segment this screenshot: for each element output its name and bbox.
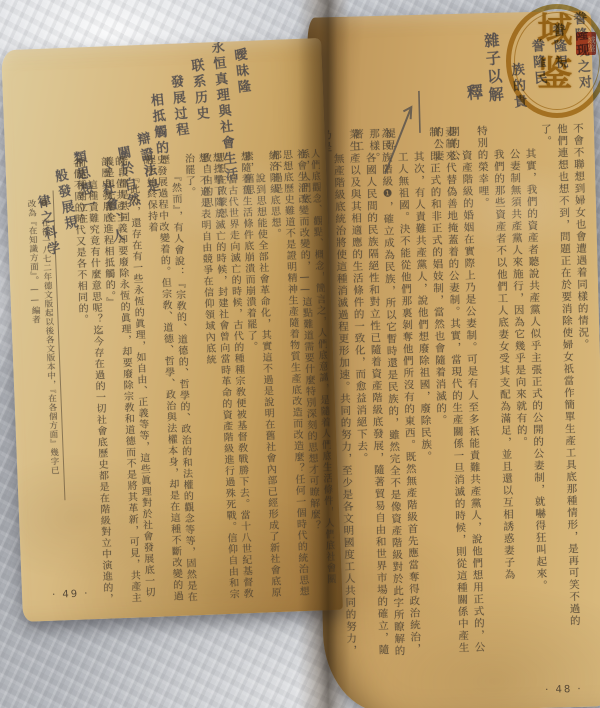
printed-text-right: 不會不聯想到婦女也會遭遇着同樣的情況。他們連想也想不到，問題正在於要消除使婦女祇… [328, 123, 598, 666]
text-column: 其實，我們的資產者聽說共產黨人似乎主張正式的公開的公妻制，就嚇得狂叫起來。 [524, 124, 548, 592]
page-number-left: · 49 · [52, 588, 90, 600]
text-column: 联系历史 [188, 58, 209, 123]
left-page: 曖昧隆永恒真理與社會生活联系历史發展过程相抵觸的 辯證法是關於自然、社會、人類思… [1, 38, 343, 622]
page-number-right: · 48 · [545, 684, 583, 696]
text-column: 雜子以解 [484, 32, 504, 105]
text-column: 改為『在知識方面』。——編者 [26, 199, 41, 324]
text-column: 發展过程 [167, 74, 188, 139]
text-column: 治罷了。 [182, 153, 195, 198]
mini-red-seal: 域鉴 [576, 32, 596, 55]
photo-scene: 誊隆现之对誊隆視誊隆民族的貴雜子以解釋 不會不聯想到婦女也會遭遇着同樣的情況。他… [0, 0, 600, 708]
text-column: 了。 [540, 123, 553, 147]
text-column: 曖昧隆 [231, 47, 250, 96]
yujian-watermark-seal: 域 鉴 域鉴 [506, 4, 600, 118]
text-column: 釋 [466, 84, 481, 104]
footnote-text: ❶ 在從一八七二年德文版起以後各文版本中，『在各個方面』幾字已改為『在知識方面』… [23, 199, 65, 620]
text-column: 特別的榮幸哩。 [476, 125, 490, 209]
seal-character-top: 域 [537, 14, 572, 49]
seal-character-bottom: 鉴 [537, 58, 572, 93]
text-column: 不會不聯想到婦女也會遭遇着同樣的情況。 [572, 123, 590, 351]
printed-text-left: 人們底觀念、觀點、概念，簡言之，人們底意識，是隨着人們底生活條件，人們底社會關係… [67, 148, 336, 609]
